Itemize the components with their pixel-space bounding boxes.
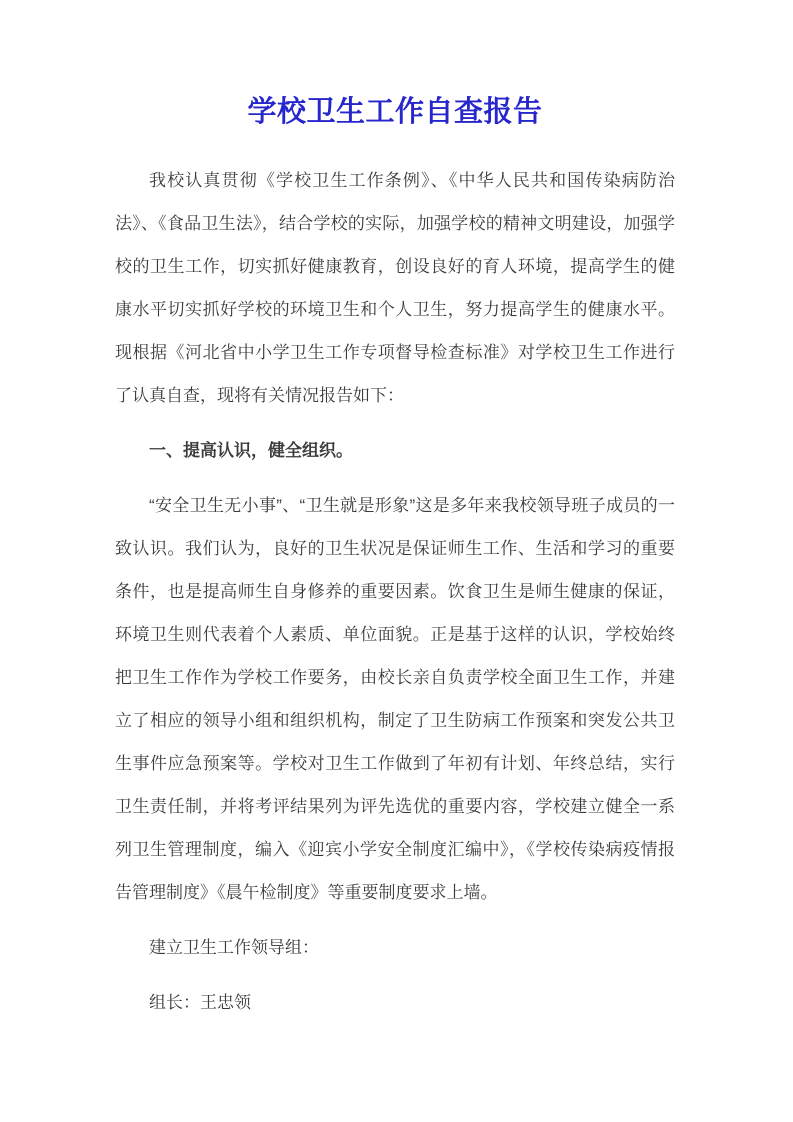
paragraph-group-leader: 组长：王忠领 (115, 981, 675, 1024)
paragraph-section-1-body: “安全卫生无小事”、“卫生就是形象”这是多年来我校领导班子成员的一致认识。我们认… (115, 484, 675, 914)
section-heading-1: 一、提高认识，健全组织。 (115, 429, 675, 472)
paragraph-leadership-group-label: 建立卫生工作领导组： (115, 926, 675, 969)
paragraph-intro: 我校认真贯彻《学校卫生工作条例》、《中华人民共和国传染病防治法》、《食品卫生法》… (115, 159, 675, 417)
document-title: 学校卫生工作自查报告 (115, 88, 675, 136)
document-page: 学校卫生工作自查报告 我校认真贯彻《学校卫生工作条例》、《中华人民共和国传染病防… (0, 0, 793, 1122)
